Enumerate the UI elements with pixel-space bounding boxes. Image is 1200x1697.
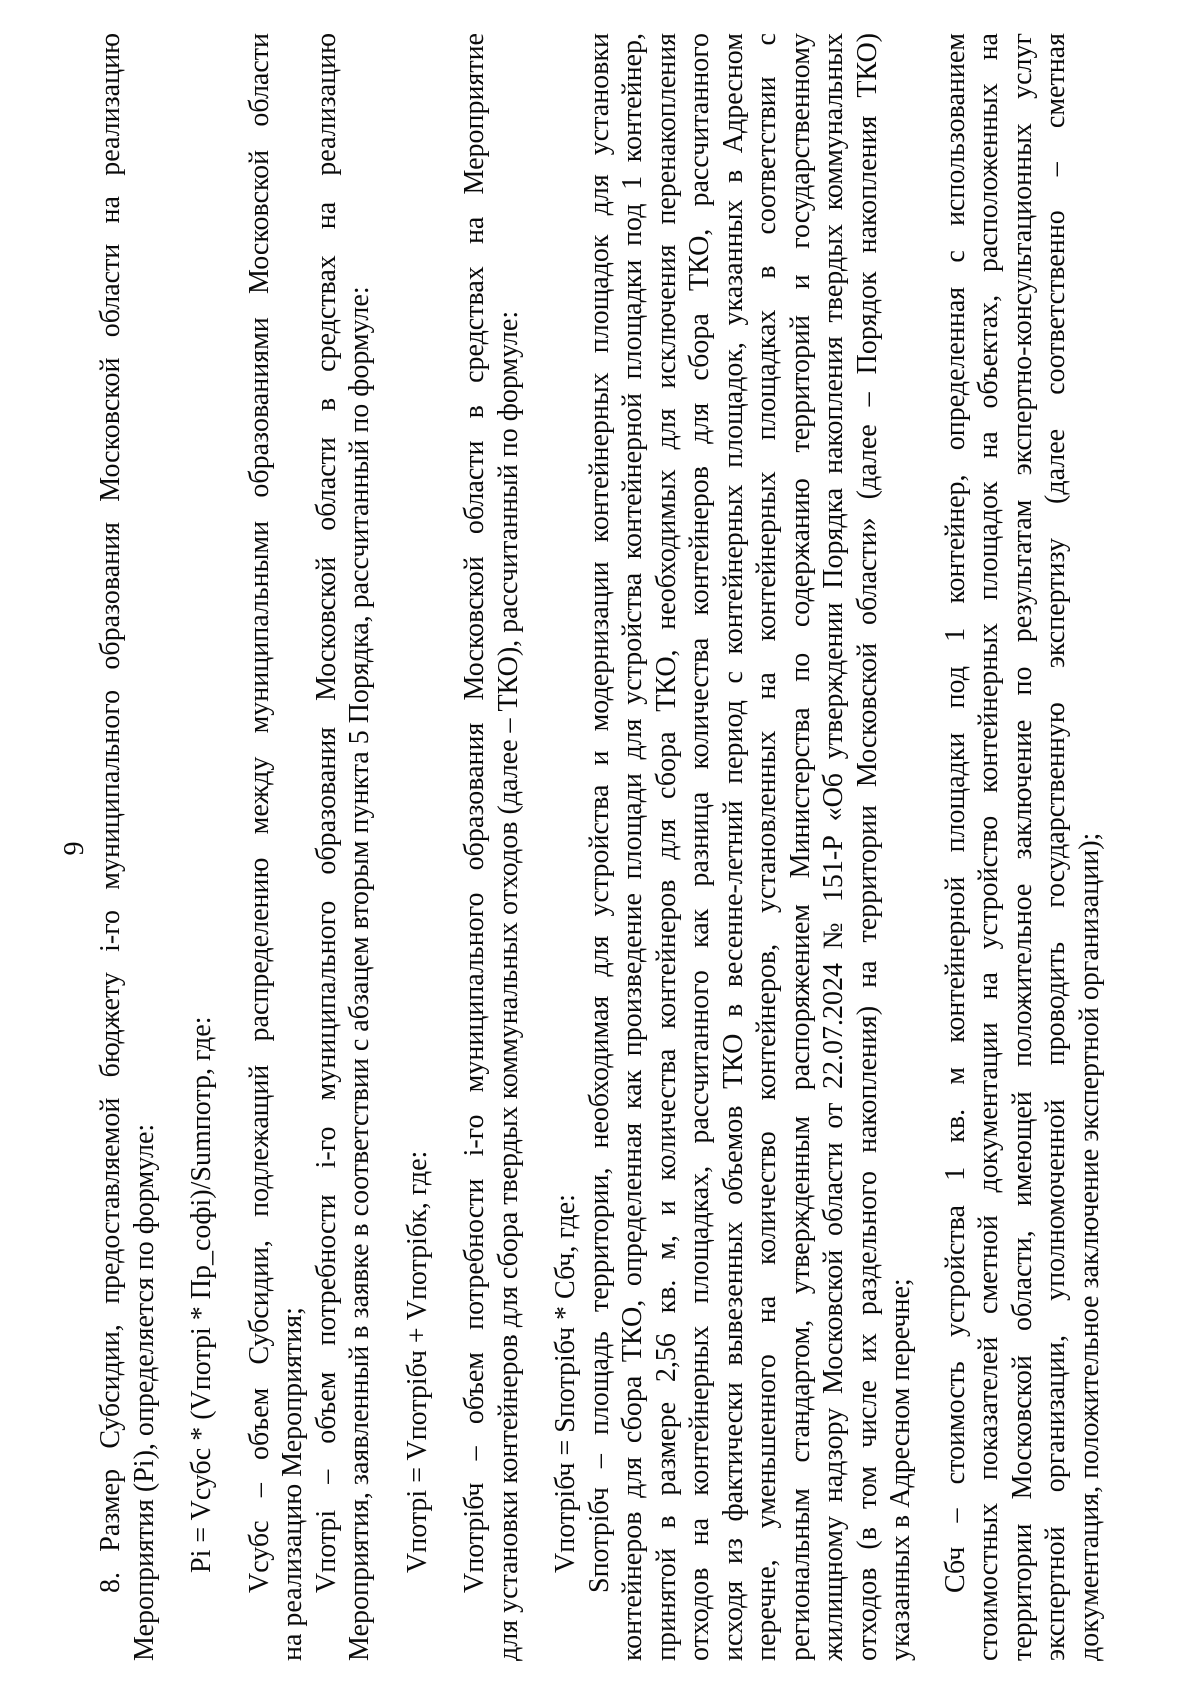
document-page: 9 8. Размер Субсидии, предоставляемой бю… [0,0,1200,1697]
paragraph: 8. Размер Субсидии, предоставляемой бюдж… [94,33,161,1661]
text-line: Мероприятия (Pi), определяется по формул… [128,33,162,1661]
text-line: перечне, уменьшенного на количество конт… [750,33,784,1661]
paragraph: Vпотрi – объем потребности i-го муниципа… [310,33,377,1661]
paragraph: Сбч – стоимость устройства 1 кв. м конте… [939,33,1107,1661]
text-line: отходов (в том числе их раздельного нако… [851,33,885,1661]
text-line: принятой в размере 2,56 кв. м, и количес… [650,33,684,1661]
text-line: экспертной организации, уполномоченной п… [1039,33,1073,1661]
text-line: территории Московской области, имеющей п… [1006,33,1040,1661]
formula-line: Vпотрi = Vпотрiбч + Vпотрiбк, где: [401,33,435,1573]
text-line: Сбч – стоимость устройства 1 кв. м конте… [939,33,973,1661]
text-line: исходя из фактически вывезенных объемов … [717,33,751,1661]
text-line: на реализацию Мероприятия; [276,33,310,1661]
formula-block: Vпотрi = Vпотрiбч + Vпотрiбк, где: [401,33,435,1661]
text-line: Vсубс – объем Субсидии, подлежащий распр… [243,33,277,1661]
text-line: документация, положительное заключение э… [1073,33,1107,1661]
page-number: 9 [58,0,92,1697]
formula-block: Vпотрiбч = Sпотрiбч * Сбч, где: [549,33,583,1661]
paragraph: Vсубс – объем Субсидии, подлежащий распр… [243,33,310,1661]
paragraph: Vпотрiбч – объем потребности i-го муници… [458,33,525,1661]
text-line: контейнеров для сбора ТКО, определенная … [616,33,650,1661]
scanned-document-screenshot: 9 8. Размер Субсидии, предоставляемой бю… [0,0,1200,1697]
text-line: указанных в Адресном перечне; [884,33,918,1661]
formula-line: Pi = Vсубс * (Vпотрi * Пр_софi)/Sumпотр,… [185,33,219,1573]
text-line: Vпотрi – объем потребности i-го муниципа… [310,33,344,1661]
text-line: для установки контейнеров для сбора твер… [492,33,526,1661]
text-line: отходов на контейнерных площадках, рассч… [683,33,717,1661]
formula-block: Pi = Vсубс * (Vпотрi * Пр_софi)/Sumпотр,… [185,33,219,1661]
text-line: Мероприятия, заявленный в заявке в соотв… [343,33,377,1661]
text-line: 8. Размер Субсидии, предоставляемой бюдж… [94,33,128,1661]
paragraph: Sпотрiбч – площадь территории, необходим… [583,33,918,1661]
text-line: стоимостных показателей сметной документ… [972,33,1006,1661]
text-line: Vпотрiбч – объем потребности i-го муници… [458,33,492,1661]
document-body: 8. Размер Субсидии, предоставляемой бюдж… [94,33,1106,1661]
text-line: Sпотрiбч – площадь территории, необходим… [583,33,617,1661]
formula-line: Vпотрiбч = Sпотрiбч * Сбч, где: [549,33,583,1573]
text-line: региональным стандартом, утвержденным ра… [784,33,818,1661]
text-line: жилищному надзору Московской области от … [817,33,851,1661]
